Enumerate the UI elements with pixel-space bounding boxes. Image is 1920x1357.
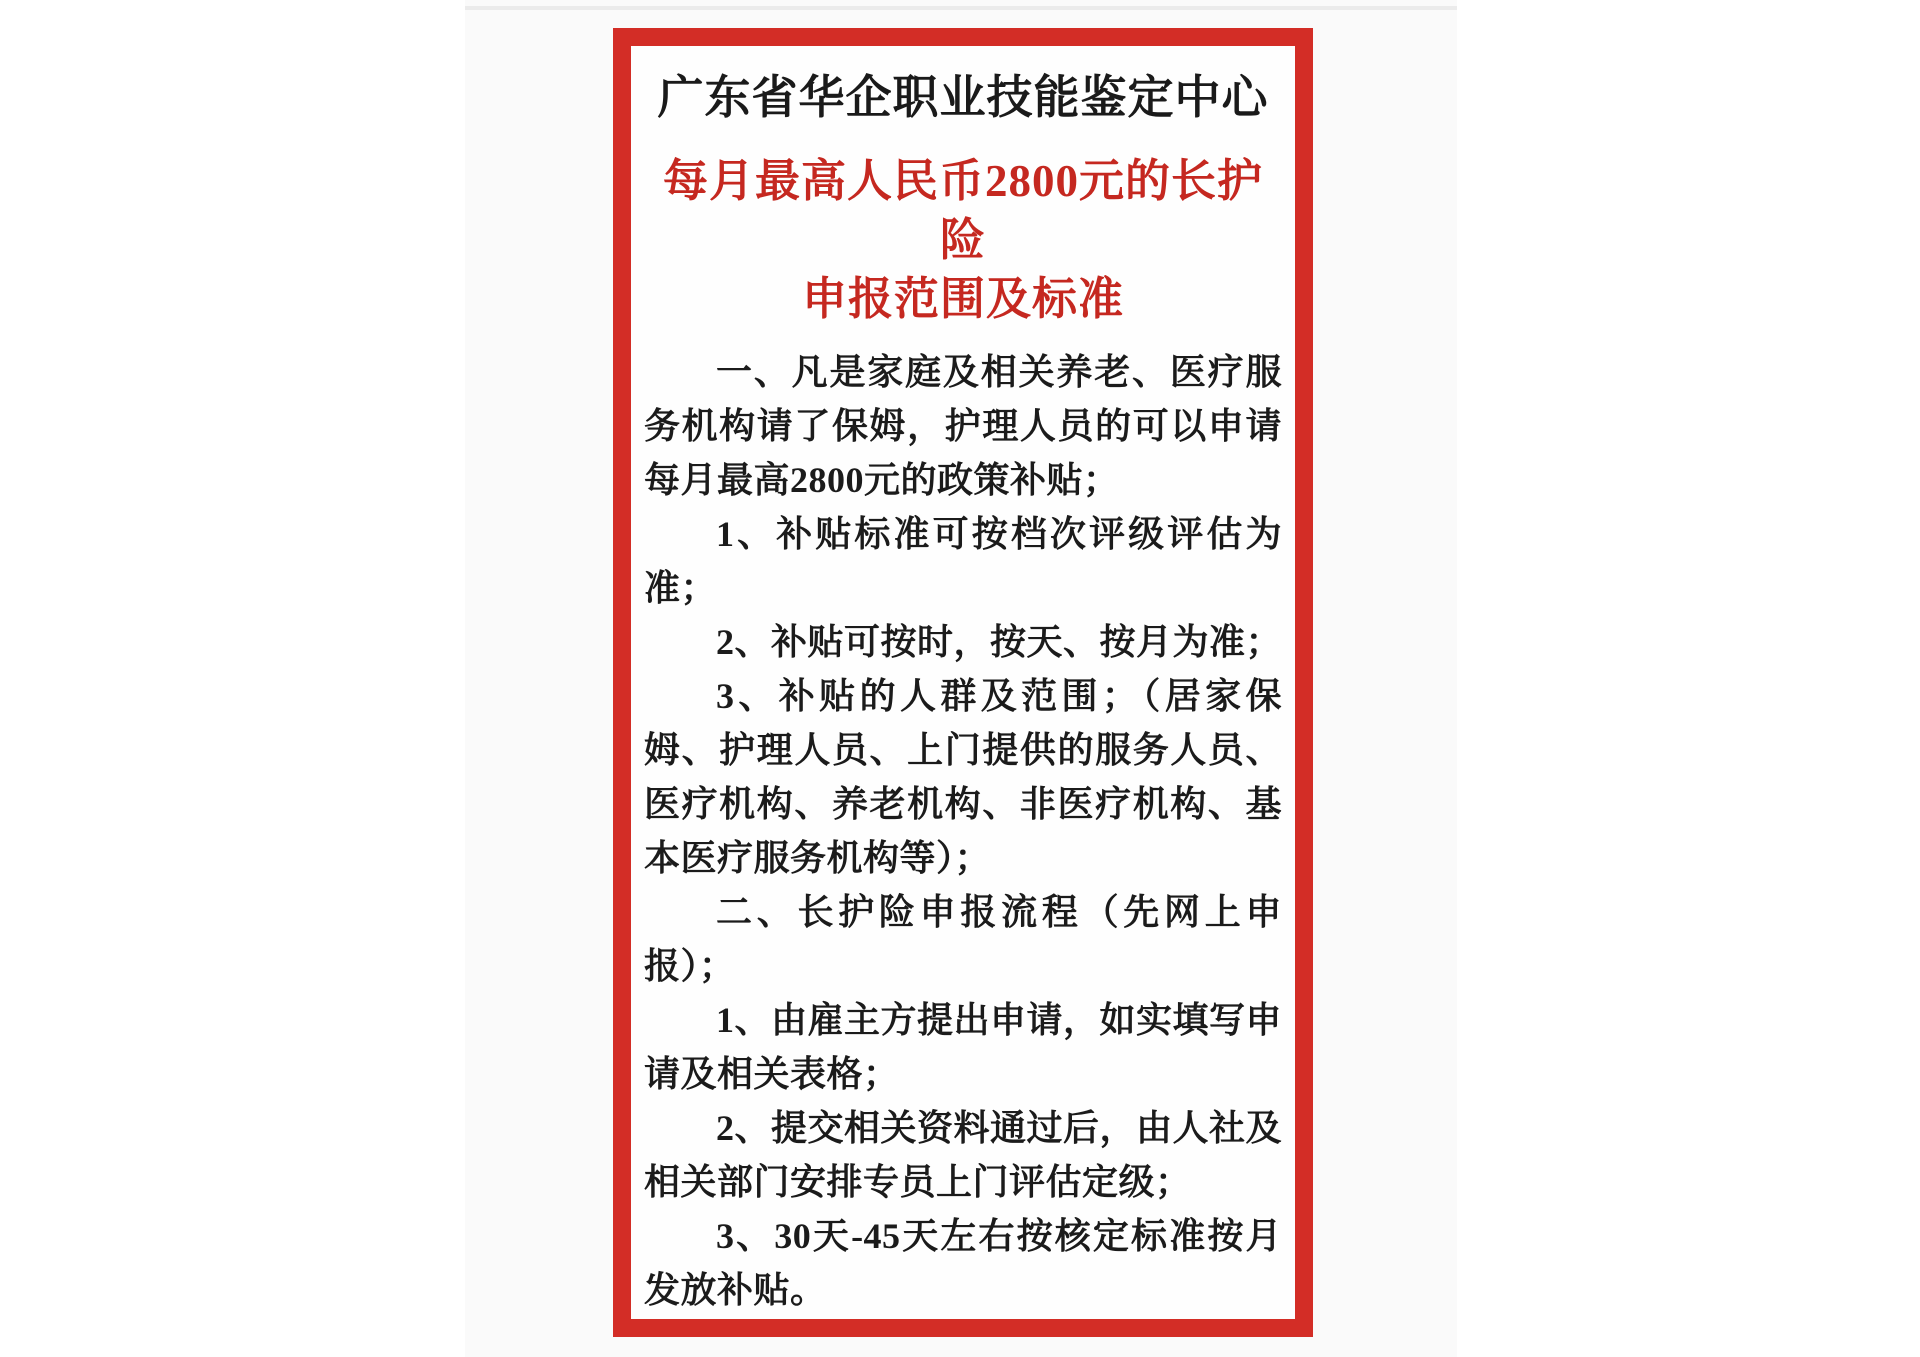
paragraph-apply-step-1: 1、由雇主方提出申请，如实填写申请及相关表格； (644, 993, 1282, 1101)
subtitle-line-1: 每月最高人民币2800元的长护险 (644, 152, 1282, 270)
paragraph-apply-step-3: 3、30天-45天左右按核定标准按月发放补贴。 (644, 1209, 1282, 1317)
paragraph-scope-intro: 一、凡是家庭及相关养老、医疗服务机构请了保姆，护理人员的可以申请每月最高2800… (644, 345, 1282, 507)
subtitle-line-2: 申报范围及标准 (644, 270, 1282, 329)
paragraph-apply-step-2: 2、提交相关资料通过后，由人社及相关部门安排专员上门评估定级； (644, 1101, 1282, 1209)
photo-top-edge-line (465, 6, 1457, 10)
paragraph-standard-by-grade: 1、补贴标准可按档次评级评估为准； (644, 507, 1282, 615)
paragraph-eligible-groups: 3、补贴的人群及范围；（居家保姆、护理人员、上门提供的服务人员、医疗机构、养老机… (644, 669, 1282, 885)
organization-title: 广东省华企职业技能鉴定中心 (646, 70, 1280, 126)
page-canvas: 广东省华企职业技能鉴定中心 每月最高人民币2800元的长护险 申报范围及标准 一… (0, 0, 1920, 1357)
paragraph-process-heading: 二、长护险申报流程（先网上申报）； (644, 885, 1282, 993)
notice-red-border-box: 广东省华企职业技能鉴定中心 每月最高人民币2800元的长护险 申报范围及标准 一… (613, 28, 1313, 1337)
paragraph-subsidy-period: 2、补贴可按时，按天、按月为准； (644, 615, 1282, 669)
notice-body: 一、凡是家庭及相关养老、医疗服务机构请了保姆，护理人员的可以申请每月最高2800… (644, 345, 1282, 1317)
notice-subtitle: 每月最高人民币2800元的长护险 申报范围及标准 (644, 152, 1282, 329)
